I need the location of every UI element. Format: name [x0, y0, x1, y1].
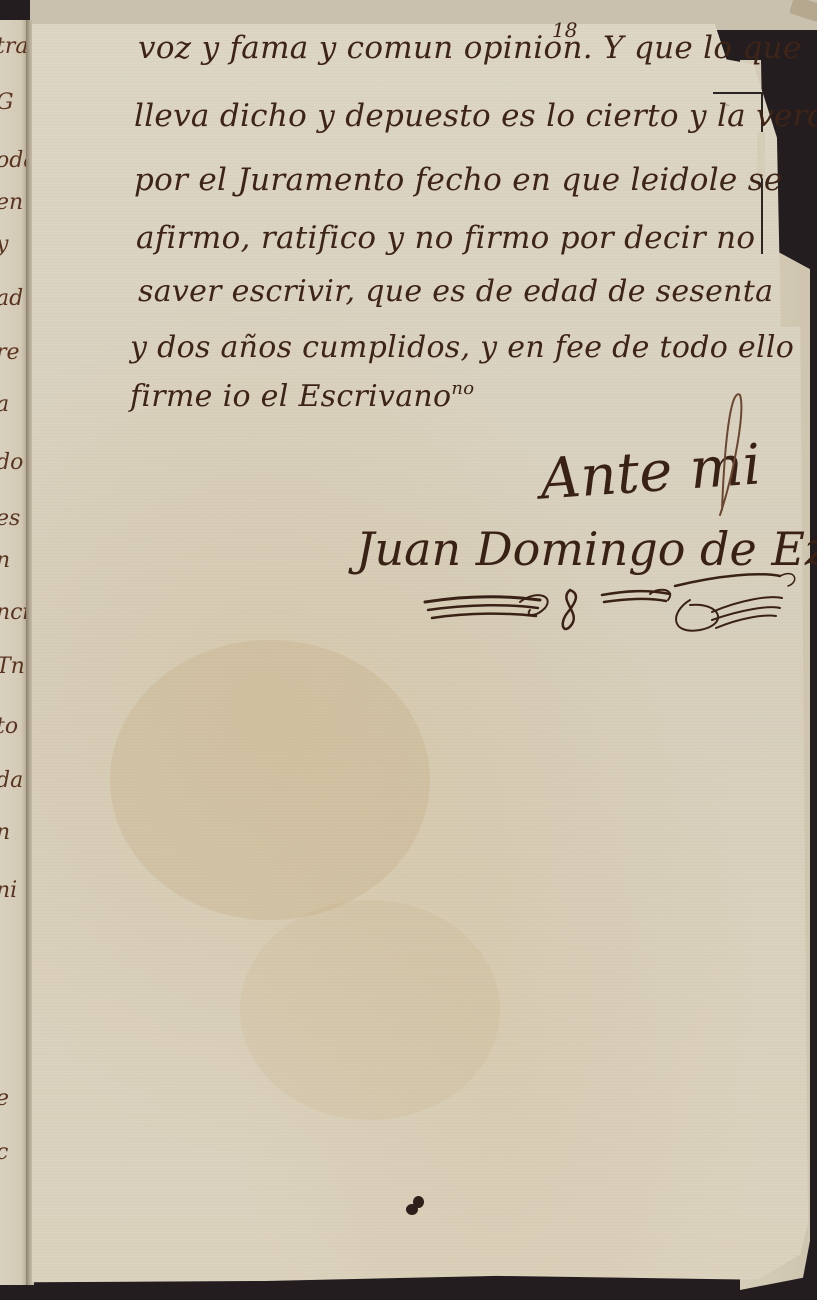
manuscript-line-4: afirmo, ratifico y no firmo por decir no: [136, 220, 755, 256]
left-fragment: to: [0, 714, 18, 739]
left-fragment: da: [0, 768, 23, 793]
left-fragment: re: [0, 340, 20, 365]
left-fragment: ni: [0, 878, 17, 903]
manuscript-line-6: y dos años cumplidos, y en fee de todo e…: [130, 330, 794, 365]
left-fragment: en: [0, 190, 23, 215]
left-fragment: n: [0, 820, 10, 845]
left-fragment: do: [0, 450, 23, 475]
manuscript-line-3: por el Juramento fecho en que leidole se: [134, 162, 783, 198]
left-fragment: ad: [0, 286, 23, 311]
left-fragment: c: [0, 1140, 8, 1165]
left-fragment: es: [0, 506, 20, 531]
left-fragment: n: [0, 548, 10, 573]
water-stain: [240, 900, 500, 1120]
water-stain: [110, 640, 430, 920]
left-fragment: tra: [0, 34, 28, 59]
manuscript-line-2: lleva dicho y depuesto es lo cierto y la…: [134, 98, 817, 134]
left-fragment: a: [0, 392, 9, 417]
left-fragment: G: [0, 90, 14, 115]
signature-flourish-icon: [340, 390, 810, 650]
manuscript-line-5: saver escrivir, que es de edad de sesent…: [138, 274, 773, 309]
left-fragment: Tn: [0, 654, 25, 679]
left-fragment: y: [0, 232, 8, 257]
scanned-manuscript: tra G oda en y ad re a do es n nci Tn to…: [0, 0, 817, 1300]
left-fragment: e: [0, 1086, 9, 1111]
ink-blot: [404, 1194, 428, 1218]
manuscript-line-1: voz y fama y comun opinion. Y que lo que: [138, 30, 802, 66]
